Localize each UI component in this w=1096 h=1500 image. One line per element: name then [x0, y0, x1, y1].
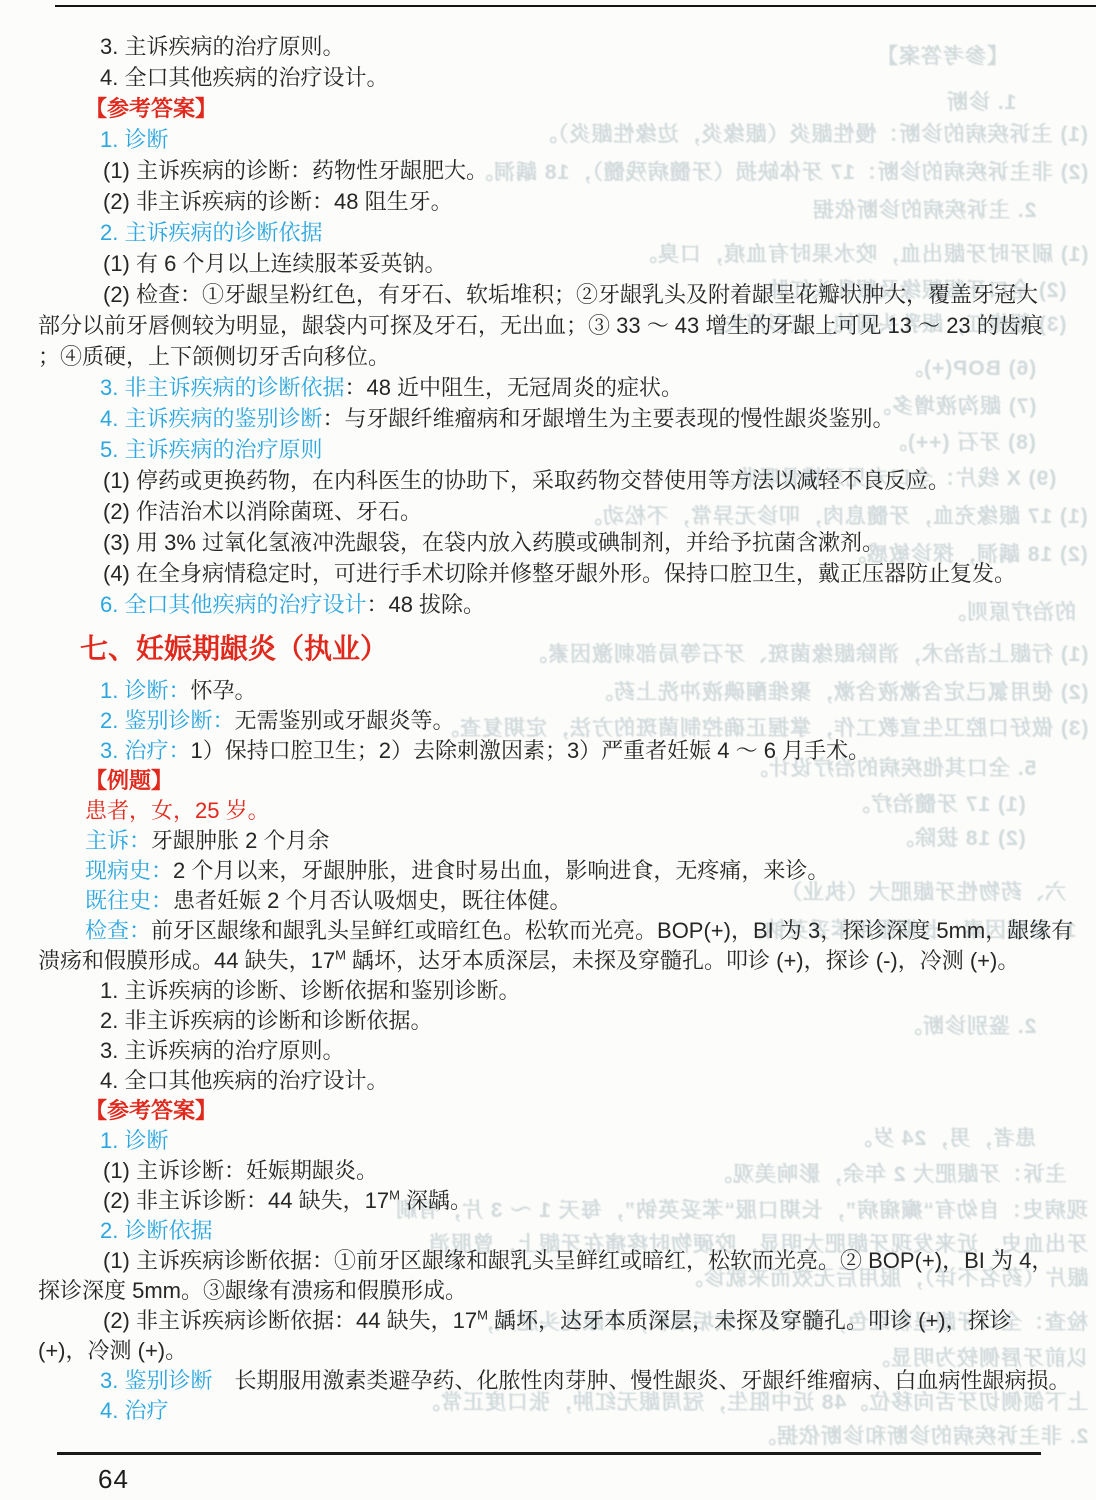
answer-text: (2) 非主诉诊断：44 缺失，17	[103, 1188, 389, 1213]
summary-text: 1）保持口腔卫生；2）去除刺激因素；3）严重者妊娠 4 ～ 6 月手术。	[190, 738, 870, 763]
answer-subheading: 5. 主诉疾病的治疗原则	[38, 434, 1076, 465]
answer-line: (2) 作洁治术以消除菌斑、牙石。	[38, 496, 1076, 527]
summary-line: 1. 诊断：怀孕。	[38, 676, 1076, 706]
answer-label: 4. 主诉疾病的鉴别诊断	[100, 406, 322, 431]
answer-label: 6. 全口其他疾病的治疗设计	[100, 592, 366, 617]
answer-subheading: 1. 诊断	[38, 124, 1076, 155]
answer-text: ：48 近中阻生，无冠周炎的症状。	[344, 375, 683, 400]
answer-subheading: 2. 诊断依据	[38, 1216, 1076, 1246]
answer-line: (2) 非主诉诊断：44 缺失，17M 深龋。	[38, 1186, 1076, 1216]
field-label: 现病史：	[85, 858, 173, 883]
section-seven-body: 1. 诊断：怀孕。 2. 鉴别诊断：无需鉴别或牙龈炎等。 3. 治疗：1）保持口…	[38, 676, 1076, 1426]
answer-text: ：48 拔除。	[366, 592, 485, 617]
answer-text: 龋坏，达牙本质深层，未探及穿髓孔。叩诊 (+)，探诊	[488, 1308, 1012, 1333]
chief-complaint-line: 主诉：牙龈肿胀 2 个月余	[38, 826, 1076, 856]
answer-label: 3. 鉴别诊断	[100, 1368, 212, 1393]
field-label: 主诉：	[85, 828, 151, 853]
question-line: 2. 非主诉疾病的诊断和诊断依据。	[38, 1006, 1076, 1036]
answer-line: (1) 有 6 个月以上连续服苯妥英钠。	[38, 248, 1076, 279]
footer-rule	[57, 1452, 1041, 1455]
answer-line: 4. 主诉疾病的鉴别诊断：与牙龈纤维瘤病和牙龈增生为主要表现的慢性龈炎鉴别。	[38, 403, 1076, 434]
scan-edge-line	[55, 5, 1096, 7]
tooth-surface-superscript: M	[477, 1308, 488, 1323]
answer-line: (+)，冷测 (+)。	[38, 1336, 1076, 1366]
answer-line: 3. 非主诉疾病的诊断依据：48 近中阻生，无冠周炎的症状。	[38, 372, 1076, 403]
past-history-line: 既往史：患者妊娠 2 个月否认吸烟史，既往体健。	[38, 886, 1076, 916]
answer-text: 深龋。	[400, 1188, 472, 1213]
answer-text: ：与牙龈纤维瘤病和牙龈增生为主要表现的慢性龈炎鉴别。	[322, 406, 894, 431]
answer-line: (1) 主诉疾病诊断依据：①前牙区龈缘和龈乳头呈鲜红或暗红，松软而光亮。② BO…	[38, 1246, 1076, 1276]
question-line: 3. 主诉疾病的治疗原则。	[38, 31, 1076, 62]
answer-line: (2) 非主诉疾病的诊断：48 阻生牙。	[38, 186, 1076, 217]
summary-label: 3. 治疗：	[100, 738, 190, 763]
exam-line: 溃疡和假膜形成。44 缺失，17M 龋坏，达牙本质深层，未探及穿髓孔。叩诊 (+…	[38, 946, 1076, 976]
answer-line: (1) 主诉诊断：妊娠期龈炎。	[38, 1156, 1076, 1186]
field-text: 龋坏，达牙本质深层，未探及穿髓孔。叩诊 (+)，探诊 (-)，冷测 (+)。	[346, 948, 1019, 973]
field-text: 2 个月以来，牙龈肿胀，进食时易出血，影响进食，无疼痛，来诊。	[173, 858, 829, 883]
answer-subheading: 4. 治疗	[38, 1396, 1076, 1426]
tooth-surface-superscript: M	[389, 1188, 400, 1203]
reference-answer-heading: 【参考答案】	[38, 1096, 1076, 1126]
tooth-surface-superscript: M	[335, 948, 346, 963]
answer-subheading: 2. 主诉疾病的诊断依据	[38, 217, 1076, 248]
section-six-answers: 3. 主诉疾病的治疗原则。 4. 全口其他疾病的治疗设计。 【参考答案】 1. …	[38, 31, 1076, 620]
exam-line: 检查：前牙区龈缘和龈乳头呈鲜红或暗红色。松软而光亮。BOP(+)，BI 为 3，…	[38, 916, 1076, 946]
answer-subheading: 1. 诊断	[38, 1126, 1076, 1156]
answer-line: ；④质硬，上下颌侧切牙舌向移位。	[38, 341, 1076, 372]
page-content: 3. 主诉疾病的治疗原则。 4. 全口其他疾病的治疗设计。 【参考答案】 1. …	[38, 31, 1076, 1426]
question-line: 1. 主诉疾病的诊断、诊断依据和鉴别诊断。	[38, 976, 1076, 1006]
question-line: 3. 主诉疾病的治疗原则。	[38, 1036, 1076, 1066]
summary-label: 1. 诊断：	[100, 678, 190, 703]
field-text: 溃疡和假膜形成。44 缺失，17	[38, 948, 335, 973]
answer-line: (1) 主诉疾病的诊断：药物性牙龈肥大。	[38, 155, 1076, 186]
answer-label: 3. 非主诉疾病的诊断依据	[100, 375, 344, 400]
field-label: 既往史：	[85, 888, 173, 913]
question-line: 4. 全口其他疾病的治疗设计。	[38, 1066, 1076, 1096]
field-label: 检查：	[85, 918, 151, 943]
answer-text: (2) 非主诉疾病诊断依据：44 缺失，17	[103, 1308, 477, 1333]
summary-text: 怀孕。	[190, 678, 256, 703]
summary-label: 2. 鉴别诊断：	[100, 708, 234, 733]
field-text: 牙龈肿胀 2 个月余	[151, 828, 329, 853]
summary-line: 3. 治疗：1）保持口腔卫生；2）去除刺激因素；3）严重者妊娠 4 ～ 6 月手…	[38, 736, 1076, 766]
example-heading: 【例题】	[38, 766, 1076, 796]
answer-line: (2) 非主诉疾病诊断依据：44 缺失，17M 龋坏，达牙本质深层，未探及穿髓孔…	[38, 1306, 1076, 1336]
answer-line: (1) 停药或更换药物，在内科医生的协助下，采取药物交替使用等方法以减轻不良反应…	[38, 465, 1076, 496]
patient-line: 患者，女，25 岁。	[38, 796, 1076, 826]
answer-text: 长期服用激素类避孕药、化脓性肉芽肿、慢性龈炎、牙龈纤维瘤病、白血病性龈病损。	[234, 1368, 1070, 1393]
answer-line: 3. 鉴别诊断长期服用激素类避孕药、化脓性肉芽肿、慢性龈炎、牙龈纤维瘤病、白血病…	[38, 1366, 1076, 1396]
summary-line: 2. 鉴别诊断：无需鉴别或牙龈炎等。	[38, 706, 1076, 736]
answer-line: 探诊深度 5mm。③龈缘有溃疡和假膜形成。	[38, 1276, 1076, 1306]
answer-line: (2) 检查：①牙龈呈粉红色，有牙石、软垢堆积；②牙龈乳头及附着龈呈花瓣状肿大，…	[38, 279, 1076, 310]
answer-line: 部分以前牙唇侧较为明显，龈袋内可探及牙石，无出血；③ 33 ～ 43 增生的牙龈…	[38, 310, 1076, 341]
answer-line: 6. 全口其他疾病的治疗设计：48 拔除。	[38, 589, 1076, 620]
reference-answer-heading: 【参考答案】	[38, 93, 1076, 124]
field-text: 前牙区龈缘和龈乳头呈鲜红或暗红色。松软而光亮。BOP(+)，BI 为 3，探诊深…	[151, 918, 1073, 943]
summary-text: 无需鉴别或牙龈炎等。	[234, 708, 454, 733]
field-text: 患者妊娠 2 个月否认吸烟史，既往体健。	[173, 888, 571, 913]
answer-line: (4) 在全身病情稳定时，可进行手术切除并修整牙龈外形。保持口腔卫生，戴正压器防…	[38, 558, 1076, 589]
scanned-textbook-page: 【参考答案】1. 诊断(1) 主诉疾病的诊断：慢性龈炎（龈缘炎，边缘性龈炎）。(…	[0, 0, 1096, 1500]
answer-line: (3) 用 3% 过氧化氢液冲洗龈袋，在袋内放入药膜或碘制剂，并给予抗菌含漱剂。	[38, 527, 1076, 558]
page-number: 64	[98, 1464, 129, 1495]
question-line: 4. 全口其他疾病的治疗设计。	[38, 62, 1076, 93]
section-heading: 七、妊娠期龈炎（执业）	[38, 626, 1076, 672]
present-history-line: 现病史：2 个月以来，牙龈肿胀，进食时易出血，影响进食，无疼痛，来诊。	[38, 856, 1076, 886]
